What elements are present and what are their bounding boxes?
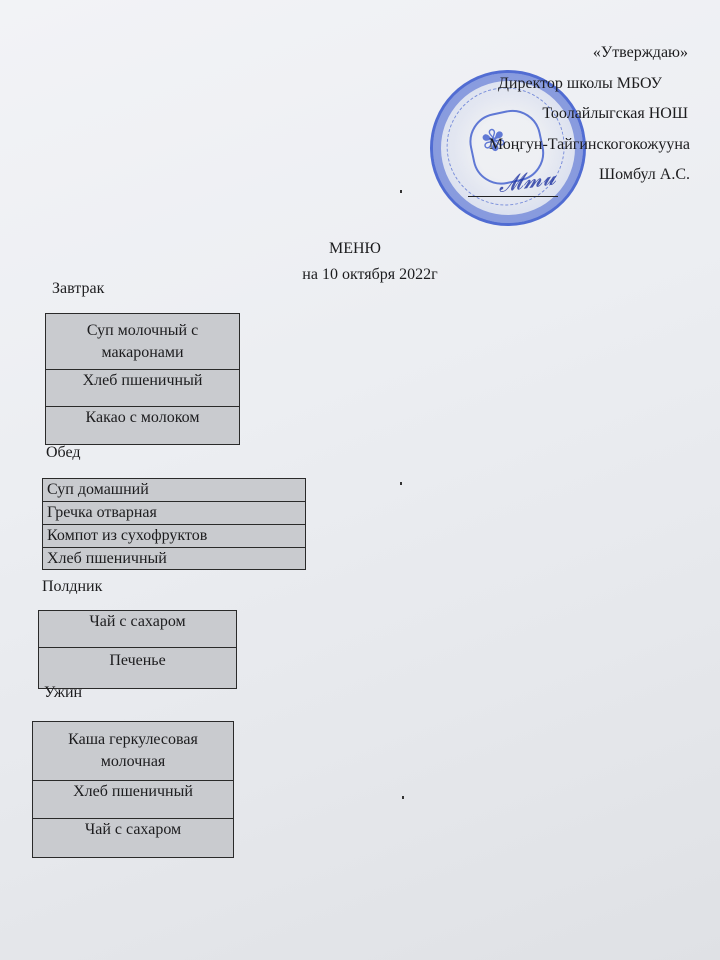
approval-district: Моңгун-Тайгинскогокожууна xyxy=(489,130,690,161)
menu-item: Компот из сухофруктов xyxy=(43,525,306,548)
table-row: Чай с сахаром xyxy=(33,819,234,858)
menu-item: Каша геркулесовая молочная xyxy=(33,722,234,781)
menu-item: Какао с молоком xyxy=(46,407,240,445)
menu-item: Хлеб пшеничный xyxy=(33,781,234,819)
section-label-breakfast: Завтрак xyxy=(52,280,104,298)
section-label-dinner: Ужин xyxy=(44,684,82,702)
menu-item: Гречка отварная xyxy=(43,502,306,525)
table-row: Гречка отварная xyxy=(43,502,306,525)
approval-school: Тоолайлыгская НОШ xyxy=(489,99,688,130)
paper-speck xyxy=(402,796,404,799)
approval-position: Директор школы МБОУ xyxy=(489,69,662,100)
table-row: Хлеб пшеничный xyxy=(46,370,240,407)
menu-item: Суп молочный с макаронами xyxy=(46,314,240,370)
menu-item: Хлеб пшеничный xyxy=(43,548,306,570)
table-row: Печенье xyxy=(39,648,237,689)
menu-item: Суп домашний xyxy=(43,479,306,502)
table-row: Чай с сахаром xyxy=(39,611,237,648)
menu-table-lunch: Суп домашний Гречка отварная Компот из с… xyxy=(42,478,306,570)
section-label-snack: Полдник xyxy=(42,578,102,596)
table-row: Хлеб пшеничный xyxy=(43,548,306,570)
table-row: Суп молочный с макаронами xyxy=(46,314,240,370)
table-row: Суп домашний xyxy=(43,479,306,502)
menu-item: Хлеб пшеничный xyxy=(46,370,240,407)
approval-block: «Утверждаю» Директор школы МБОУ Тоолайлы… xyxy=(489,38,690,191)
menu-item: Чай с сахаром xyxy=(39,611,237,648)
paper-speck xyxy=(400,190,402,193)
approval-heading: «Утверждаю» xyxy=(489,38,688,69)
paper-speck xyxy=(400,482,402,485)
table-row: Хлеб пшеничный xyxy=(33,781,234,819)
menu-item: Чай с сахаром xyxy=(33,819,234,858)
table-row: Компот из сухофруктов xyxy=(43,525,306,548)
menu-table-breakfast: Суп молочный с макаронами Хлеб пшеничный… xyxy=(45,313,240,445)
menu-item: Печенье xyxy=(39,648,237,689)
page-title: МЕНЮ xyxy=(0,240,715,258)
page-subtitle: на 10 октября 2022г xyxy=(10,266,720,284)
section-label-lunch: Обед xyxy=(46,444,81,462)
table-row: Какао с молоком xyxy=(46,407,240,445)
menu-table-snack: Чай с сахаром Печенье xyxy=(38,610,237,689)
table-row: Каша геркулесовая молочная xyxy=(33,722,234,781)
menu-table-dinner: Каша геркулесовая молочная Хлеб пшеничны… xyxy=(32,721,234,858)
